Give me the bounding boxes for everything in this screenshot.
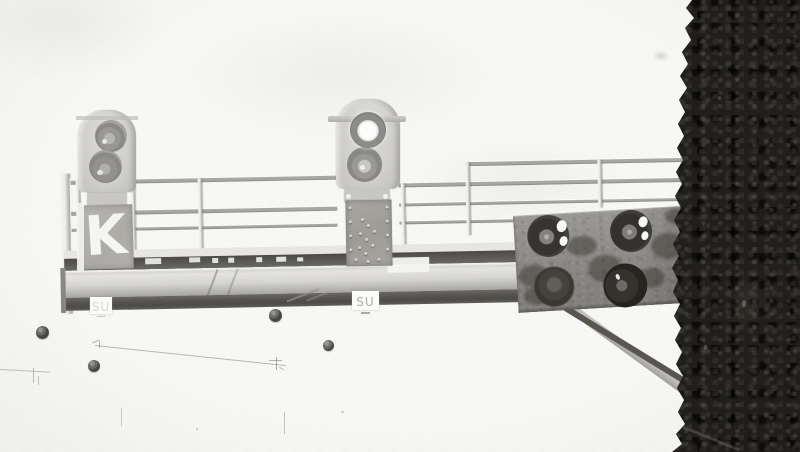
wire-dropper [33, 368, 34, 383]
wire-dropper [284, 412, 285, 434]
foliage-speck [718, 96, 721, 100]
signal-lens-top-left [95, 120, 127, 152]
wire-fitting [276, 357, 277, 370]
panel-smudge [566, 235, 597, 257]
bracket-bolt [346, 194, 351, 199]
lens-glint [360, 165, 365, 170]
walkway-slot [276, 257, 286, 262]
wire-fitting [279, 367, 284, 370]
foliage-light-patch [724, 270, 768, 336]
rivet [386, 234, 389, 237]
walkway-slot [256, 257, 262, 262]
rivet [349, 248, 352, 251]
insulator [36, 326, 49, 339]
walkway-slot [228, 258, 234, 263]
railing-post [401, 183, 406, 252]
rivet [373, 230, 376, 233]
rivet [354, 258, 357, 261]
insulator [323, 340, 334, 351]
support-brace-near [560, 303, 689, 385]
signal-lens-top-middle-lit [350, 112, 386, 148]
su-plate-middle-mark [361, 312, 370, 314]
railing-top-rail-right [465, 158, 690, 165]
su-plate-left: SU [90, 297, 112, 314]
rivet [361, 218, 364, 221]
rivet [386, 248, 389, 251]
rivet [377, 258, 380, 261]
foliage-speck [704, 345, 707, 350]
catenary-wire [95, 345, 286, 366]
rivet [366, 260, 369, 263]
wire-speck [341, 411, 344, 413]
catenary-wire [0, 369, 50, 373]
walkway-slot [297, 257, 303, 261]
rivet [386, 220, 389, 223]
rivet [359, 232, 362, 235]
rivet [364, 252, 367, 255]
beam-bright-patch [387, 257, 429, 273]
insulator [88, 360, 100, 372]
lens-glint [102, 139, 107, 144]
wire-dropper [38, 376, 39, 385]
panel-lamp-bottom-right [602, 262, 649, 309]
foliage-speck [742, 300, 746, 307]
railing-mid2-rail-right [399, 198, 691, 206]
rivet [349, 234, 352, 237]
lens-glint [97, 170, 103, 175]
signal-lens-bottom-left [89, 150, 122, 183]
walkway-slot [212, 258, 218, 263]
rivet [349, 206, 352, 209]
wire-dropper [121, 408, 122, 426]
rivet [367, 224, 370, 227]
walkway-slot [189, 257, 200, 262]
rivet [386, 206, 389, 209]
signal-k-plate: K [78, 204, 134, 269]
signal-plate-letter: K [77, 203, 135, 270]
su-plate-left-text: SU [92, 300, 110, 314]
wire-fitting [269, 360, 282, 361]
rivet [358, 246, 361, 249]
bracket-bolt [383, 194, 388, 199]
su-plate-middle-text: SU [356, 295, 374, 309]
beam-end-cap [60, 268, 66, 313]
railing-mid-rail-right [399, 178, 691, 187]
railing-post [198, 178, 203, 256]
foliage-branch [683, 426, 740, 451]
signal-lens-bottom-middle [347, 147, 382, 182]
sky-wisp [652, 50, 670, 62]
lamp-panel [513, 206, 690, 313]
su-plate-middle: SU [352, 291, 379, 310]
wire-hook [92, 340, 100, 344]
railing-low-rail-right [399, 219, 521, 223]
railing-post [465, 162, 470, 235]
ivy-covered-structure [666, 0, 800, 452]
riveted-mast-plate [345, 200, 392, 267]
wire-hook [99, 342, 100, 348]
sky-haze [0, 0, 170, 80]
photo-canvas: SU SU K [0, 0, 800, 452]
wire-speck [196, 428, 198, 430]
walkway-slot [145, 258, 161, 264]
k-plate-post-highlight [77, 203, 84, 271]
rivet [365, 238, 368, 241]
rivet [349, 220, 352, 223]
railing-post [597, 160, 602, 208]
rivet [371, 244, 374, 247]
